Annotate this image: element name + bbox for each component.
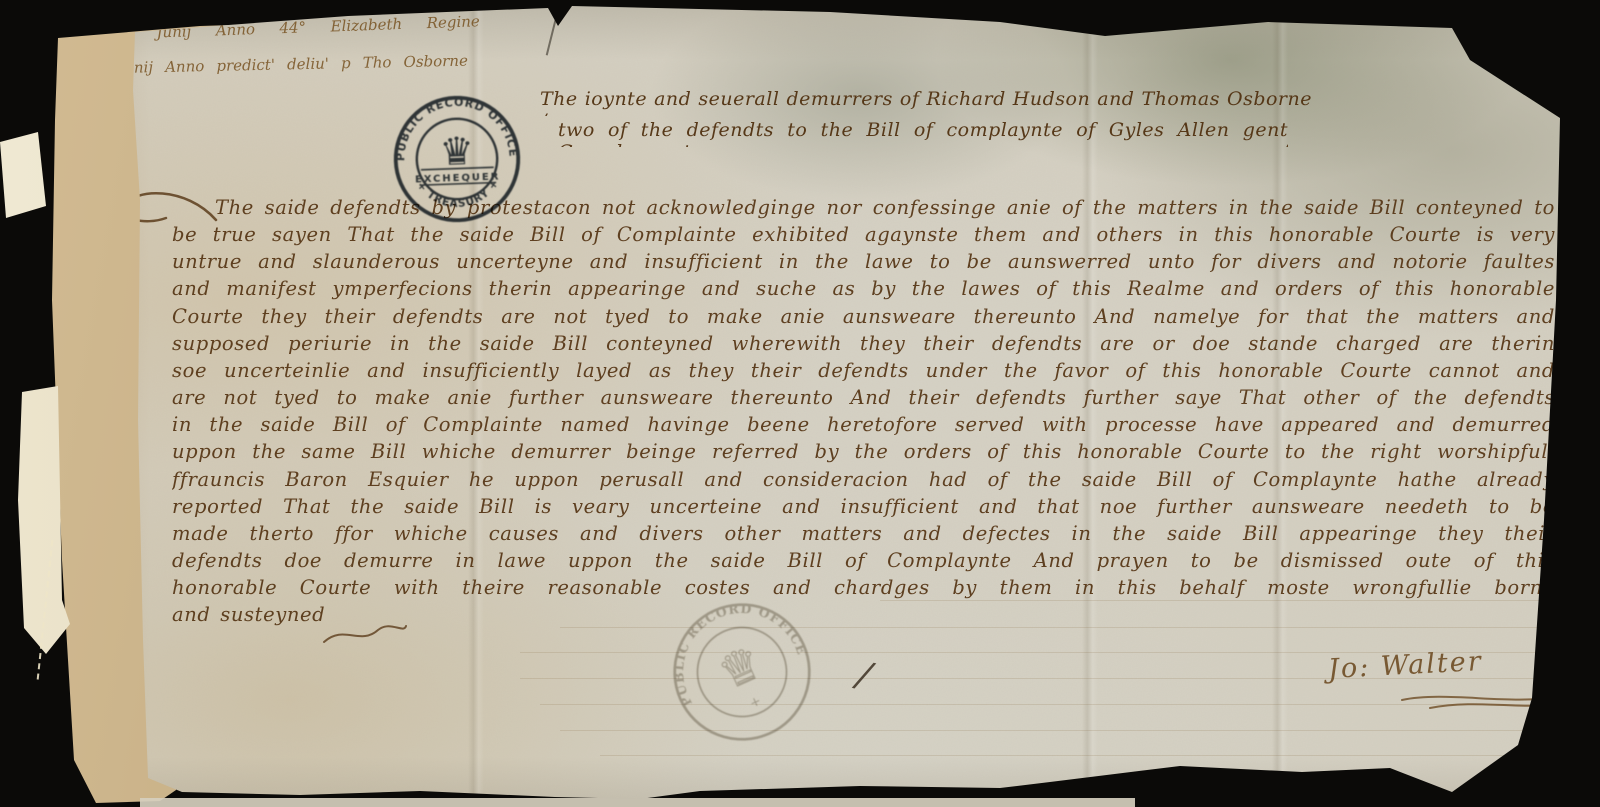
crown-icon: ♛ xyxy=(711,635,770,700)
public-record-office-exchequer-stamp: PUBLIC RECORD OFFICE + TREASURY + ♛ EXCH… xyxy=(388,90,527,229)
manuscript-line: honorable Courte with theire reasonable … xyxy=(172,576,1555,602)
manuscript-line: are not tyed to make anie further aunswe… xyxy=(172,386,1555,412)
signature-flourish xyxy=(1400,688,1570,714)
manuscript-line: reported That the saide Bill is veary un… xyxy=(172,495,1555,521)
manuscript-closing-line: and susteyned xyxy=(172,603,325,626)
manuscript-line: ffrauncis Baron Esquier he uppon perusal… xyxy=(172,468,1555,494)
document-title-line1: The ioynte and seuerall demurrers of Ric… xyxy=(540,88,1312,116)
manuscript-line: made therto ffor whiche causes and diver… xyxy=(172,522,1555,548)
pen-flourish xyxy=(320,620,410,650)
manuscript-line: be true sayen That the saide Bill of Com… xyxy=(172,223,1555,249)
manuscript-line: supposed periurie in the saide Bill cont… xyxy=(172,332,1555,358)
manuscript-line: defendts doe demurre in lawe uppon the s… xyxy=(172,549,1555,575)
manuscript-line: uppon the same Bill whiche demurrer bein… xyxy=(172,440,1555,466)
photo-background: Sabbat 12 Junij Anno 44° Elizabeth Regin… xyxy=(0,0,1600,807)
parchment-sheet: Sabbat 12 Junij Anno 44° Elizabeth Regin… xyxy=(0,0,1600,807)
manuscript-line: untrue and slaunderous uncerteyne and in… xyxy=(172,250,1555,276)
manuscript-line: Courte they their defendts are not tyed … xyxy=(172,305,1555,331)
parchment-bottom-edge xyxy=(140,798,1135,807)
stamp-bottom-mark: + xyxy=(748,693,764,711)
manuscript-line: in the saide Bill of Complainte named ha… xyxy=(172,413,1555,439)
document-title-line2: two of the defendts to the Bill of compl… xyxy=(558,119,1288,147)
manuscript-line: soe uncerteinlie and insufficiently laye… xyxy=(172,359,1555,385)
manuscript-line: and manifest ymperfecions therin appeari… xyxy=(172,277,1555,303)
